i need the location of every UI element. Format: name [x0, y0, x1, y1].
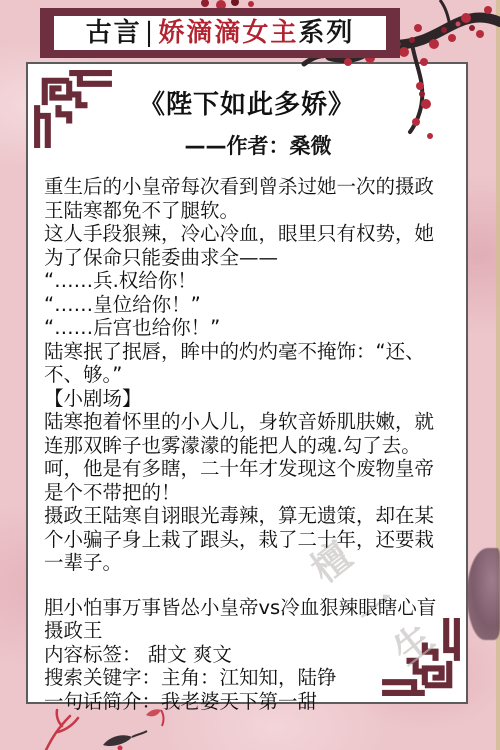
series-divider: |: [145, 18, 156, 48]
ink-seal-decoration: [467, 548, 500, 640]
ink-fish-decoration-icon: [28, 702, 178, 750]
series-banner: 古言|娇滴滴女主系列: [40, 8, 400, 58]
blurb-paragraph: “……兵.权给你！: [44, 269, 438, 293]
series-banner-inner: 古言|娇滴滴女主系列: [54, 16, 386, 50]
blurb-paragraph: 呵，他是有多瞎，二十年才发现这个废物皇帝是个不带把的！: [44, 457, 438, 504]
blurb-paragraph: 陆寒抱着怀里的小人儿，身软音娇肌肤嫩，就连那双眸子也雾濛濛的能把人的魂.勾了去。: [44, 410, 438, 457]
blurb-paragraph: 这人手段狠辣，冷心冷血，眼里只有权势，她为了保命只能委曲求全——: [44, 222, 438, 269]
blurb-paragraph: 摄政王陆寒自诩眼光毒辣，算无遗策，却在某个小骗子身上栽了跟头，栽了二十年，还要栽…: [44, 504, 438, 575]
series-banner-title: 古言|娇滴滴女主系列: [86, 20, 355, 46]
blurb-paragraph: 重生后的小皇帝每次看到曾杀过她一次的摄政王陆寒都免不了腿软。: [44, 175, 438, 222]
blurb-paragraph: 陆寒抿了抿唇，眸中的灼灼毫不掩饰：“还、不、够。”: [44, 340, 438, 387]
blurb-paragraph: “……后宫也给你！”: [44, 316, 438, 340]
series-highlight-label: 娇滴滴女主: [158, 18, 298, 48]
blurb-paragraph: “……皇位给你！”: [44, 293, 438, 317]
content-tags-line: 内容标签： 甜文 爽文: [44, 643, 438, 667]
pairing-summary-line: 胆小怕事万事皆怂小皇帝vs冷血狠辣眼瞎心盲摄政王: [44, 596, 438, 643]
search-keywords-line: 搜索关键字：主角：江知知，陆铮: [44, 666, 438, 690]
series-genre-label: 古言: [86, 18, 142, 48]
series-suffix-label: 系列: [298, 18, 354, 48]
blurb-paragraph: 【小剧场】: [44, 387, 438, 411]
book-recommendation-card: 檀 一 生 《陛下如此多娇》 ——作者：桑微 重生后的小皇帝每次看到曾杀过她一次…: [26, 62, 468, 704]
book-blurb: 重生后的小皇帝每次看到曾杀过她一次的摄政王陆寒都免不了腿软。 这人手段狠辣，冷心…: [28, 175, 466, 713]
